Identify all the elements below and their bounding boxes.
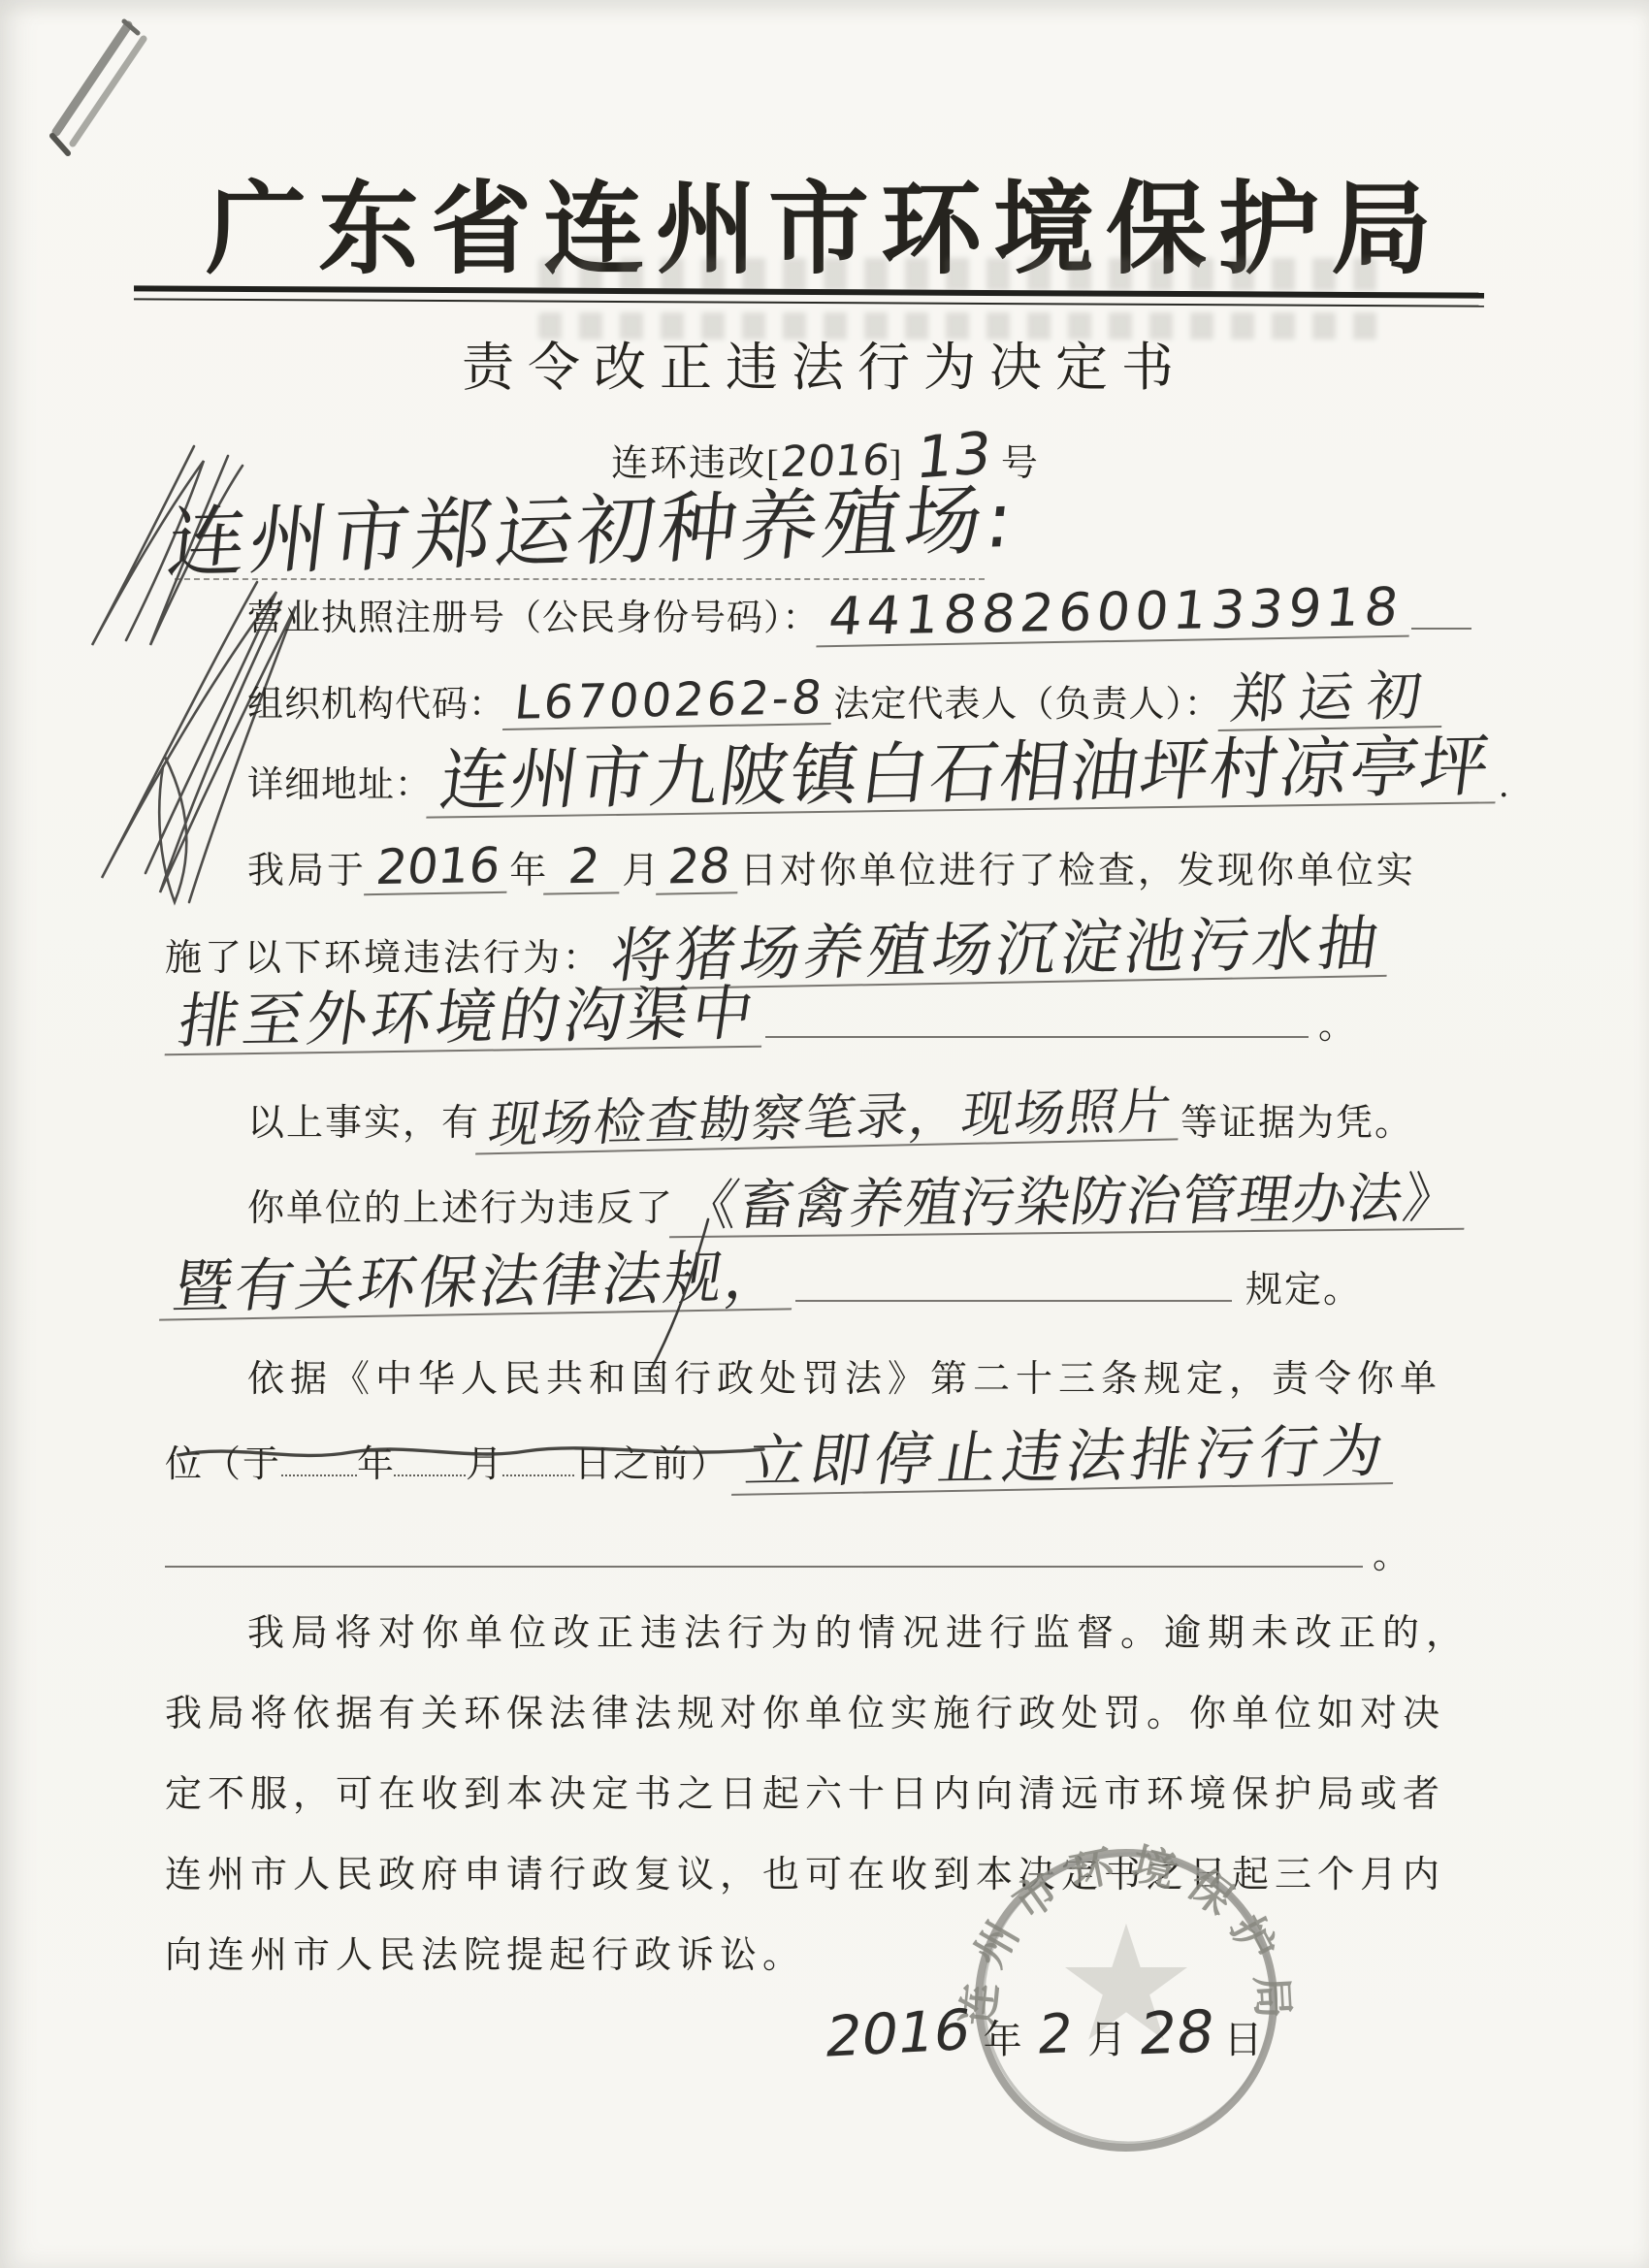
document-title: 责令改正违法行为决定书	[0, 326, 1649, 401]
closing-line: 定不服，可在收到本决定书之日起六十日内向清远市环境保护局或者	[165, 1764, 1445, 1817]
bleedthrough-text-ghost	[538, 258, 1392, 291]
legal-rep-label: 法定代表人（负责人）：	[833, 674, 1221, 727]
violation-label: 施了以下环境违法行为：	[165, 927, 602, 981]
month-char: 月	[622, 840, 659, 893]
basis-line: 依据《中华人民共和国行政处罚法》第二十三条规定，责令你单	[247, 1348, 1442, 1402]
date-day-char: 日	[1224, 2009, 1263, 2064]
closing-line: 向连州市人民法院提起行政诉讼。	[165, 1925, 805, 1978]
violation-period: 。	[1318, 995, 1355, 1049]
breach-pre: 你单位的上述行为违反了	[247, 1178, 674, 1231]
license-label: 营业执照注册号（公民身份号码）：	[247, 588, 820, 640]
order-handwritten: 立即停止违法排污行为	[731, 1422, 1403, 1496]
inspection-line: 我局于 2016 年 2 月 28 日对你单位进行了检查，发现你单位实	[247, 840, 1416, 894]
decision-date-line: 2016 年 2 月 28 日	[826, 2004, 1263, 2064]
address-value-handwritten: 连州市九陂镇白石相油坪村凉亭坪	[426, 731, 1503, 818]
scanned-document-page: 广东省连州市环境保护局 责令改正违法行为决定书 连环违改[ 2016 ] 13 …	[0, 0, 1649, 2268]
inspect-post: 日对你单位进行了检查，发现你单位实	[740, 840, 1416, 893]
breach-line-1: 你单位的上述行为违反了 《畜禽养殖污染防治管理办法》	[247, 1176, 1468, 1234]
date-day-handwritten: 28	[1136, 2003, 1218, 2064]
violation-line-1: 施了以下环境违法行为： 将猪场养殖场沉淀池污水抽	[165, 920, 1390, 984]
year-char: 年	[509, 840, 546, 893]
evidence-line: 以上事实，有 现场检查勘察笔录，现场照片 等证据为凭。	[247, 1092, 1413, 1148]
blank-period: 。	[1373, 1525, 1409, 1578]
evidence-post: 等证据为凭。	[1180, 1092, 1413, 1146]
license-line: 营业执照注册号（公民身份号码）： 441882600133918	[247, 586, 1471, 642]
breach-post: 规定。	[1245, 1259, 1362, 1312]
org-code-label: 组织机构代码：	[247, 674, 505, 727]
official-stamp: 连州市环境保护局	[955, 1831, 1297, 2173]
date-year-handwritten: 2016	[822, 2001, 975, 2065]
legal-rep-value-handwritten: 郑运初	[1217, 669, 1447, 731]
address-period: ．	[1499, 759, 1532, 806]
date-month-char: 月	[1087, 2009, 1126, 2064]
license-value-handwritten: 441882600133918	[816, 581, 1415, 648]
closing-line: 我局将对你单位改正违法行为的情况进行监督。逾期未改正的，	[247, 1603, 1470, 1656]
continuation-blank-line: 。	[165, 1525, 1409, 1578]
inspect-month-handwritten: 2	[543, 841, 625, 894]
orgcode-legalrep-line: 组织机构代码： L6700262-8 法定代表人（负责人）： 郑运初	[247, 671, 1444, 729]
address-label: 详细地址：	[247, 755, 432, 807]
address-line: 详细地址： 连州市九陂镇白石相油坪村凉亭坪 ．	[247, 739, 1532, 811]
evidence-handwritten: 现场检查勘察笔录，现场照片	[475, 1085, 1185, 1154]
evidence-pre: 以上事实，有	[247, 1092, 480, 1146]
strikethrough-squiggle	[177, 1438, 768, 1471]
date-month-handwritten: 2	[1034, 2007, 1077, 2062]
inspect-year-handwritten: 2016	[364, 841, 512, 896]
recipient-underline	[175, 532, 985, 580]
closing-line: 我局将依据有关环保法律法规对你单位实施行政处罚。你单位如对决	[165, 1683, 1445, 1736]
inspect-day-handwritten: 28	[656, 841, 742, 894]
breach-handwritten: 《畜禽养殖污染防治管理办法》	[669, 1172, 1472, 1239]
inspect-pre: 我局于	[247, 840, 367, 893]
breach-line-2: 暨有关环保法律法规， 规定。	[165, 1253, 1362, 1315]
violation-line-2: 排至外环境的沟渠中 。	[170, 988, 1355, 1052]
doc-no-prefix: 连环违改[	[611, 433, 781, 486]
org-code-value-handwritten: L6700262-8	[502, 674, 837, 730]
date-year-char: 年	[984, 2009, 1022, 2064]
violation-handwritten-2: 排至外环境的沟渠中	[165, 984, 771, 1056]
